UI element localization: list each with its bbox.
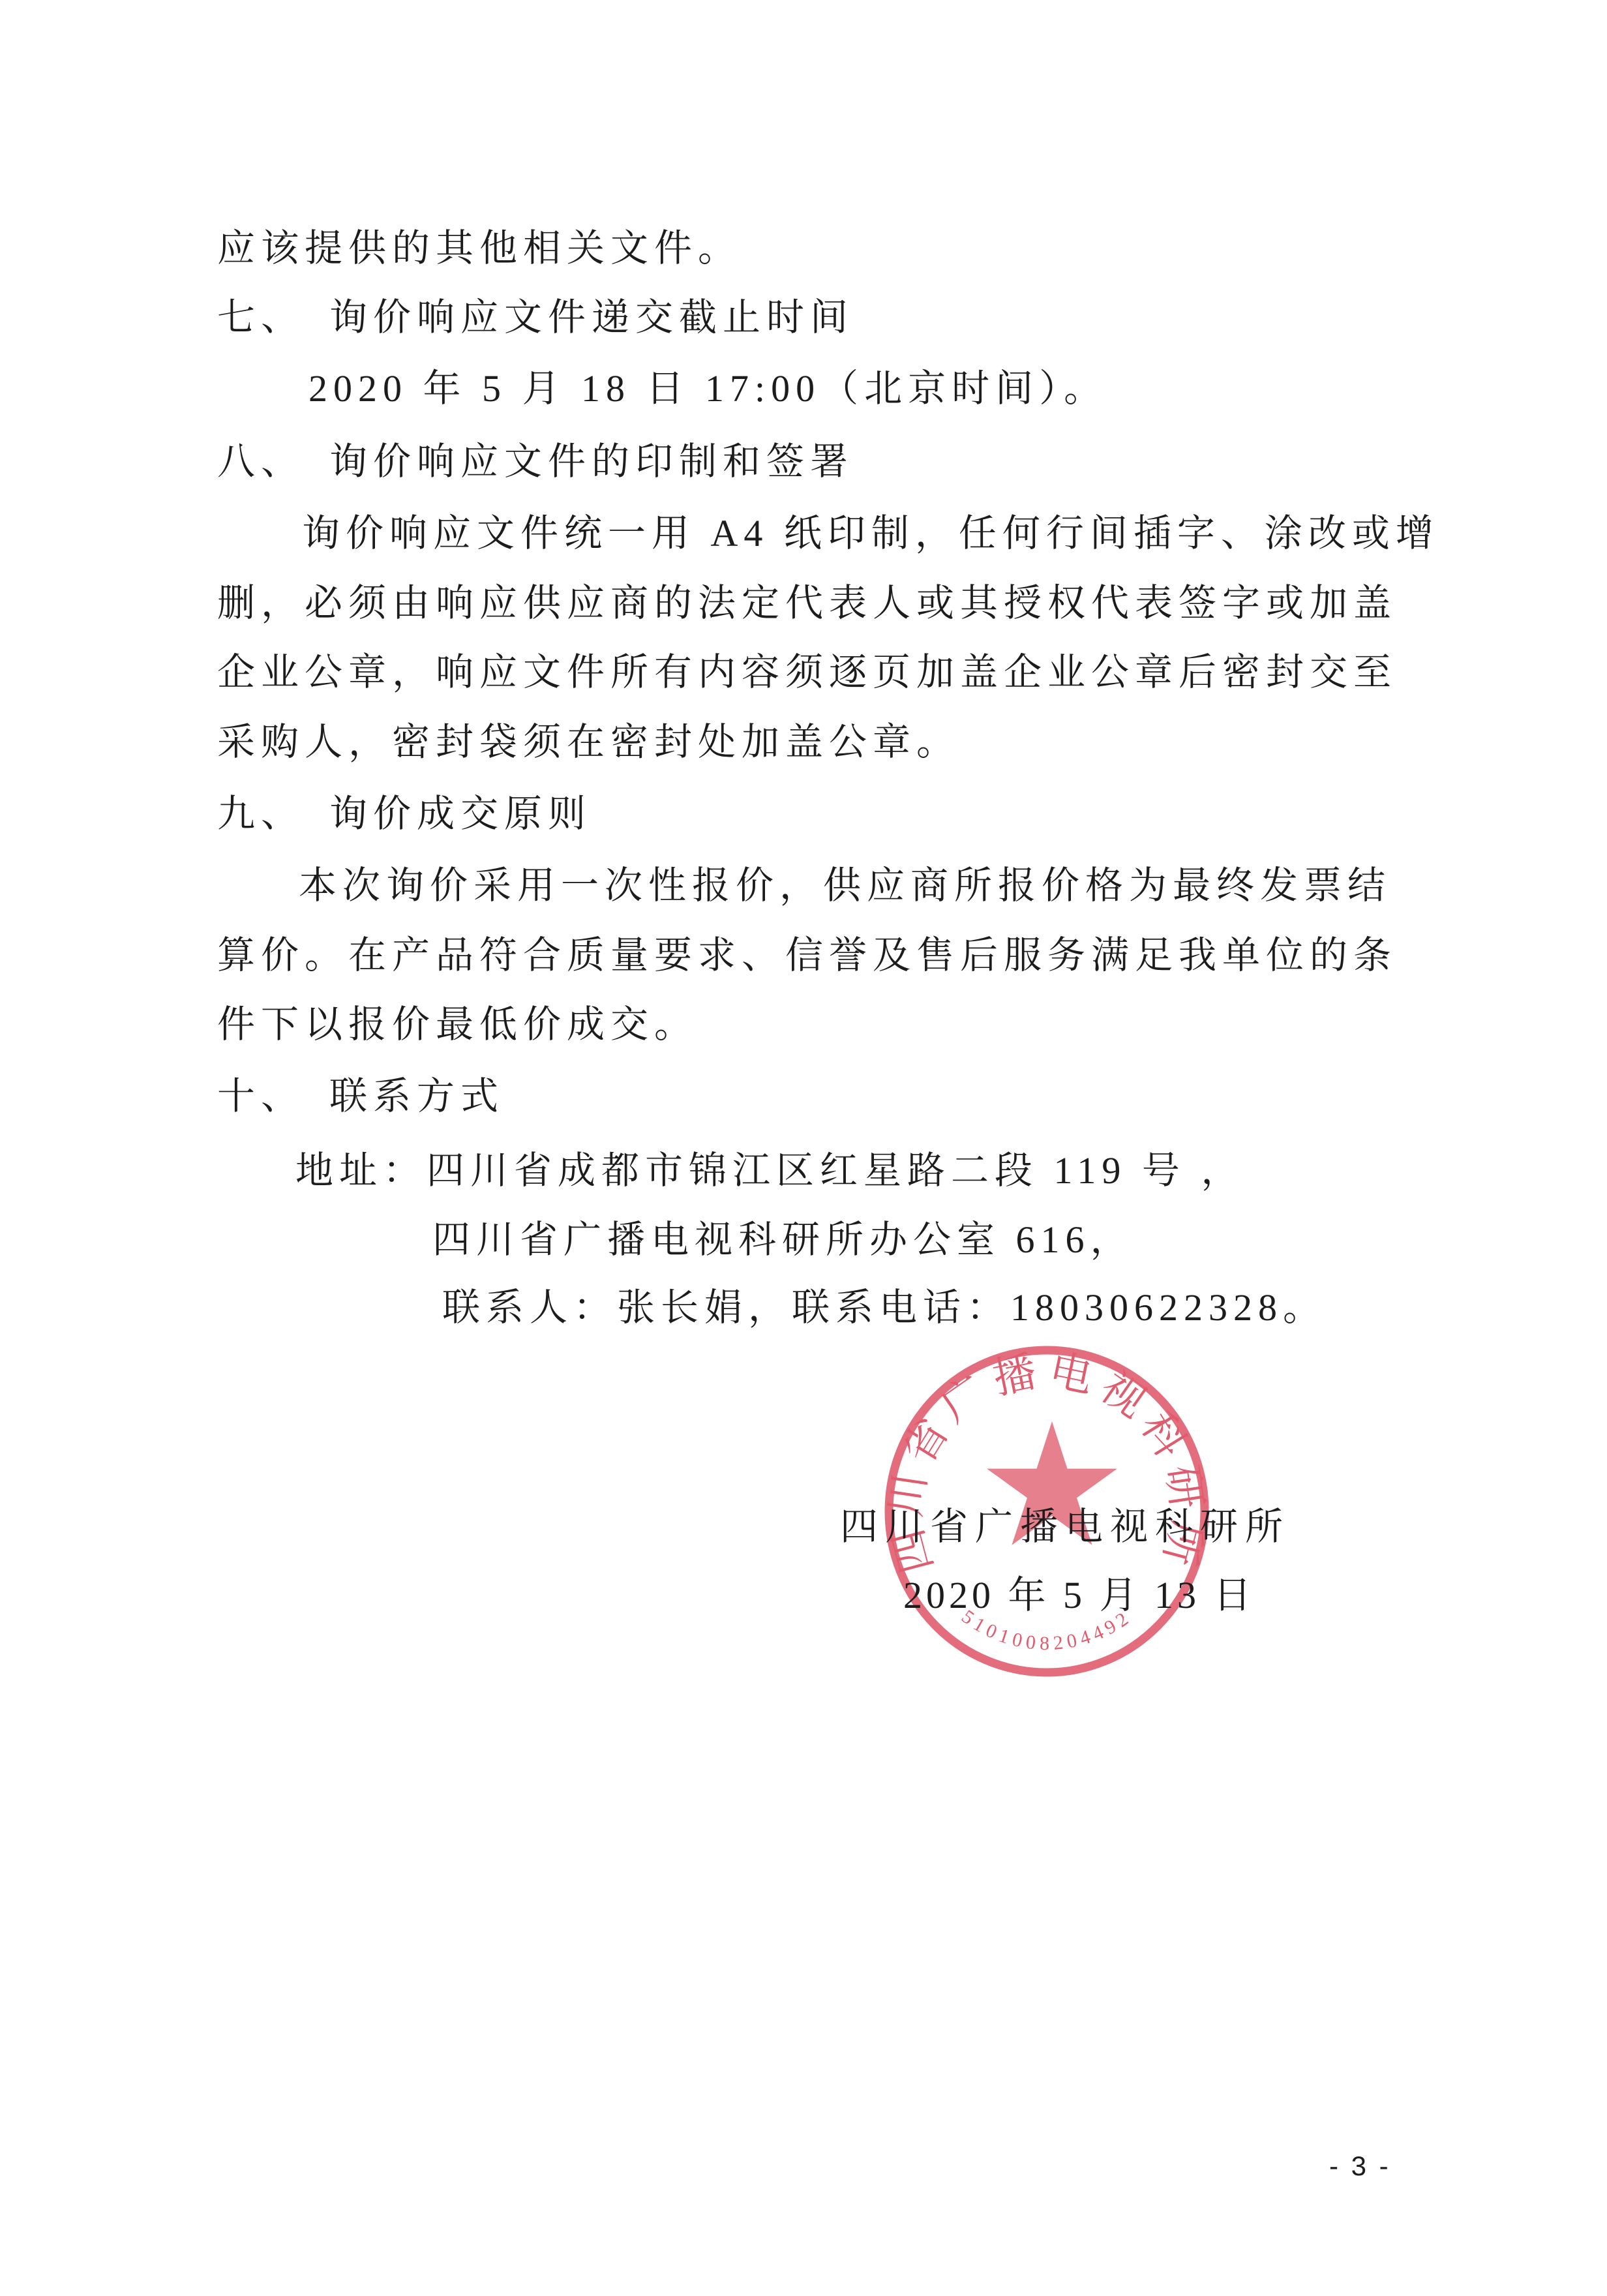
paragraph-line: 本次询价采用一次性报价，供应商所报价格为最终发票结 (299, 866, 1391, 905)
section-7-heading: 七、 询价响应文件递交截止时间 (217, 298, 854, 337)
page-number: - 3 - (1329, 2151, 1391, 2182)
paragraph-line: 应该提供的其他相关文件。 (217, 229, 742, 268)
paragraph-line: 采购人，密封袋须在密封处加盖公章。 (217, 723, 960, 762)
paragraph-line: 询价响应文件统一用 A4 纸印制，任何行间插字、涂改或增 (302, 514, 1439, 553)
section-10-heading: 十、 联系方式 (217, 1077, 504, 1116)
contact-line: 联系人：张长娟，联系电话：18030622328。 (442, 1288, 1327, 1327)
signature-org: 四川省广播电视科研所 (840, 1496, 1290, 1550)
section-9-heading: 九、 询价成交原则 (217, 794, 592, 834)
address-line-2: 四川省广播电视科研所办公室 616， (432, 1220, 1134, 1260)
paragraph-line: 件下以报价最低价成交。 (217, 1005, 698, 1044)
signature-date: 2020 年 5 月 13 日 (903, 1564, 1255, 1619)
deadline-line: 2020 年 5 月 18 日 17:00（北京时间）。 (308, 369, 1107, 408)
document-page: 应该提供的其他相关文件。 七、 询价响应文件递交截止时间 2020 年 5 月 … (0, 0, 1607, 2296)
paragraph-line: 算价。在产品符合质量要求、信誉及售后服务满足我单位的条 (217, 936, 1397, 975)
address-line-1: 地址：四川省成都市锦江区红星路二段 119 号 ， (295, 1151, 1244, 1190)
paragraph-line: 删，必须由响应供应商的法定代表人或其授权代表签字或加盖 (217, 584, 1397, 623)
section-8-heading: 八、 询价响应文件的印制和签署 (217, 442, 854, 481)
paragraph-line: 企业公章，响应文件所有内容须逐页加盖企业公章后密封交至 (217, 653, 1397, 692)
